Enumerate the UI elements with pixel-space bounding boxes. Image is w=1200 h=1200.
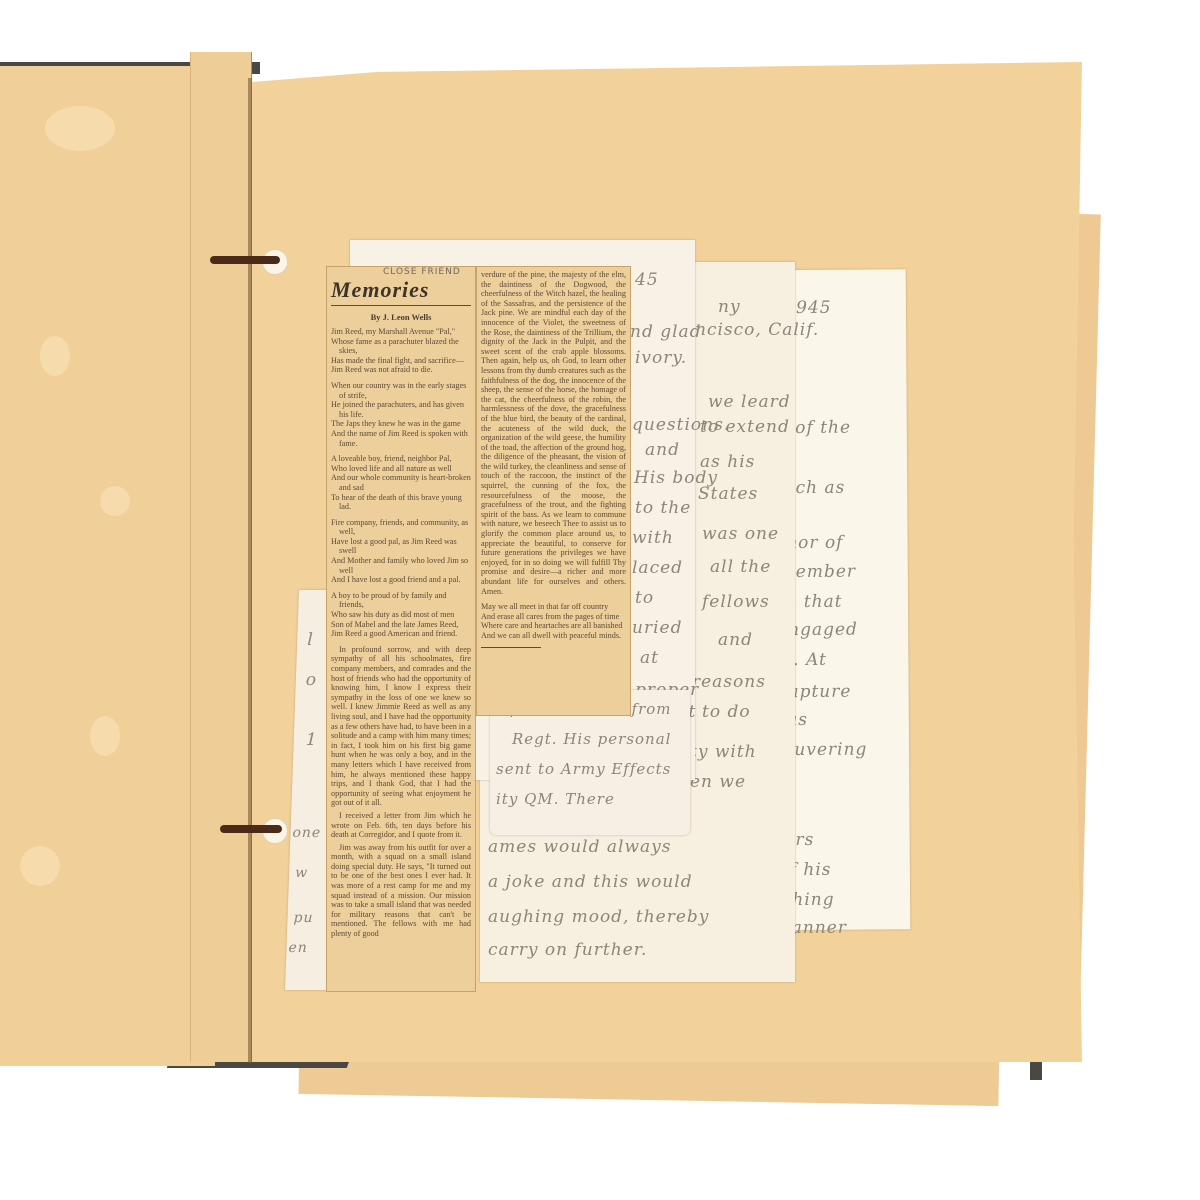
closing-stanza: May we all meet in that far off country …	[481, 602, 626, 640]
letter-b-line: a joke and this would	[488, 872, 693, 892]
binding-cord-top	[210, 256, 280, 264]
letter-strip-line: w	[295, 865, 309, 881]
poem-stanza-4: Fire company, friends, and community, as…	[331, 518, 471, 585]
letter-a-line: at	[640, 648, 659, 668]
letter-strip-line: o	[305, 670, 317, 690]
poem-stanza-1: Jim Reed, my Marshall Avenue "Pal," Whos…	[331, 327, 471, 375]
poem-line: Who saw his duty as did most of men	[331, 610, 471, 620]
poem-line: Whose fame as a parachuter blazed the sk…	[331, 337, 471, 356]
newspaper-clipping-column-2: verdure of the pine, the majesty of the …	[476, 266, 631, 716]
poem-stanza-5: A boy to be proud of by family and frien…	[331, 591, 471, 639]
poem-line: Fire company, friends, and community, as…	[331, 518, 471, 537]
handwritten-annotation: CLOSE FRIEND	[383, 267, 461, 277]
clipping-title: Memories	[331, 277, 471, 306]
poem-line: And I have lost a good friend and a pal.	[331, 575, 471, 585]
letter-b-line: was one	[702, 524, 779, 544]
poem-line: When our country was in the early stages…	[331, 381, 471, 400]
letter-b-line: reasons	[692, 672, 766, 692]
letter-b-line: ny	[718, 297, 741, 317]
poem-line: A loveable boy, friend, neighbor Pal,	[331, 454, 471, 464]
letter-b-line: ames would always	[488, 837, 672, 857]
letter-strip-line: en	[288, 940, 308, 956]
letter-a-line: 45	[635, 270, 659, 290]
letter-b-line: carry on further.	[488, 940, 647, 960]
letter-a-line: with	[632, 528, 674, 548]
poem-line: And our whole community is heart-broken …	[331, 473, 471, 492]
page-gutter	[248, 78, 252, 1063]
clipping-byline: By J. Leon Wells	[331, 312, 471, 322]
poem-line: Son of Mabel and the late James Reed,	[331, 620, 471, 630]
letter-b-line: fellows	[702, 592, 770, 612]
letter-b-line: all the	[710, 557, 771, 577]
poem-stanza-2: When our country was in the early stages…	[331, 381, 471, 448]
poem-line: A boy to be proud of by family and frien…	[331, 591, 471, 610]
letter-strip-line: 1	[305, 730, 318, 750]
letter-strip-line: one	[292, 825, 321, 841]
letter-a-line: sent to Army Effects	[496, 760, 671, 778]
newspaper-clipping-column-1: CLOSE FRIEND Memories By J. Leon Wells J…	[326, 266, 476, 992]
left-scrapbook-page	[0, 66, 215, 1066]
letter-a-line: uried	[632, 618, 682, 638]
letter-a-line: Regt. His personal	[512, 730, 671, 748]
clipping-prayer-text: verdure of the pine, the majesty of the …	[481, 270, 626, 596]
letter-b-line: aughing mood, thereby	[488, 907, 709, 927]
clipping-divider	[481, 647, 541, 648]
poem-line: May we all meet in that far off country	[481, 602, 626, 612]
clipping-paragraph: I received a letter from Jim which he wr…	[331, 811, 471, 840]
letter-a-line: His body	[634, 468, 718, 488]
binding-flap	[190, 52, 252, 1062]
poem-line: Jim Reed a good American and friend.	[331, 629, 471, 639]
poem-line: To hear of the death of this brave young…	[331, 493, 471, 512]
poem-line: And Mother and family who loved Jim so w…	[331, 556, 471, 575]
poem-line: Has made the final fight, and sacrifice—	[331, 356, 471, 366]
poem-line: Who loved life and all nature as well	[331, 464, 471, 474]
letter-a-line: to the	[635, 498, 691, 518]
poem-stanza-3: A loveable boy, friend, neighbor Pal, Wh…	[331, 454, 471, 512]
letter-a-line: laced	[632, 558, 683, 578]
letter-b-line: ty with	[690, 742, 757, 762]
poem-line: Have lost a good pal, as Jim Reed was sw…	[331, 537, 471, 556]
letter-b-line: we leard	[708, 392, 791, 412]
poem-line: He joined the parachuters, and has given…	[331, 400, 471, 419]
poem-line: The Japs they knew he was in the game	[331, 419, 471, 429]
clipping-paragraph: In profound sorrow, and with deep sympat…	[331, 645, 471, 808]
poem-line: And the name of Jim Reed is spoken with …	[331, 429, 471, 448]
letter-strip-line: pu	[293, 910, 314, 926]
letter-b-line: and	[718, 630, 753, 650]
letter-a-line: and	[645, 440, 680, 460]
poem-line: And we can all dwell with peaceful minds…	[481, 631, 626, 641]
letter-a-line: questions.	[632, 415, 730, 435]
binding-cord-bottom	[220, 825, 282, 833]
clipping-paragraph: Jim was away from his outfit for over a …	[331, 843, 471, 939]
letter-b-line: ncisco, Calif.	[695, 320, 819, 340]
letter-b-line: to do	[702, 702, 751, 722]
letter-strip-line: l	[307, 630, 314, 650]
poem-line: Jim Reed was not afraid to die.	[331, 365, 471, 375]
poem-line: Jim Reed, my Marshall Avenue "Pal,"	[331, 327, 471, 337]
letter-b-line: en we	[690, 772, 746, 792]
poem-line: Where care and heartaches are all banish…	[481, 621, 626, 631]
letter-a-line: ivory.	[635, 348, 687, 368]
letter-a-line: ity QM. There	[496, 790, 615, 808]
letter-a-line: nd glad	[630, 322, 702, 342]
letter-a-line: to	[635, 588, 654, 608]
poem-line: And erase all cares from the pages of ti…	[481, 612, 626, 622]
